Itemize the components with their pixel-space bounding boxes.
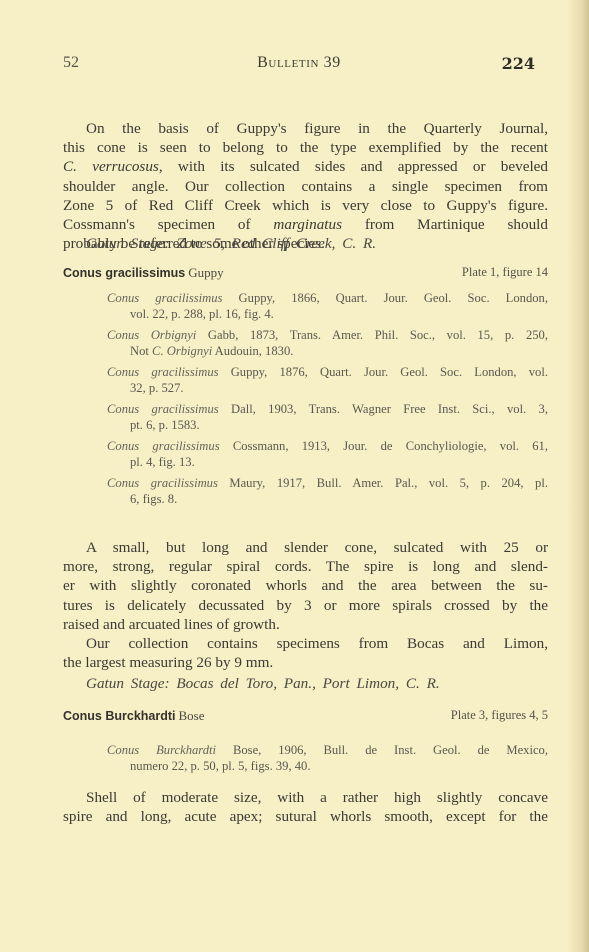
taxon-name: C. verrucosus bbox=[63, 158, 159, 175]
text-line: er with slightly coronated whorls and th… bbox=[63, 576, 548, 595]
locality-line: Gatun Stage: Zone 5, Red Cliff Creek, C.… bbox=[86, 235, 376, 253]
text-line: raised and arcuated lines of growth. bbox=[63, 615, 548, 634]
text-line: spire and long, acute apex; sutural whor… bbox=[63, 807, 548, 826]
synonymy-entry: Conus gracilissimus Cossmann, 1913, Jour… bbox=[107, 439, 548, 470]
running-header: 52 Bulletin 39 224 bbox=[63, 54, 535, 76]
plate-reference: Plate 3, figures 4, 5 bbox=[451, 708, 548, 723]
text-line: Shell of moderate size, with a rather hi… bbox=[63, 788, 548, 807]
locality-line: Gatun Stage: Bocas del Toro, Pan., Port … bbox=[86, 675, 440, 693]
species-author: Bose bbox=[179, 708, 205, 723]
species-name: Conus gracilissimus bbox=[63, 266, 185, 280]
synonymy-entry: Conus gracilissimus Dall, 1903, Trans. W… bbox=[107, 402, 548, 433]
paragraph-description: A small, but long and slender cone, sulc… bbox=[63, 538, 548, 634]
synonymy-entry: Conus gracilissimus Guppy, 1876, Quart. … bbox=[107, 365, 548, 396]
species-heading: Conus BurckhardtiBose Plate 3, figures 4… bbox=[63, 708, 548, 726]
text-line: A small, but long and slender cone, sulc… bbox=[63, 538, 548, 557]
page-number-right: 224 bbox=[502, 54, 535, 73]
synonymy-entry: Conus Burckhardti Bose, 1906, Bull. de I… bbox=[107, 743, 548, 774]
synonymy-entry: Conus Orbignyi Gabb, 1873, Trans. Amer. … bbox=[107, 328, 548, 359]
synonymy-entry: Conus gracilissimus Maury, 1917, Bull. A… bbox=[107, 476, 548, 507]
text-line: Cossmann's specimen of marginatus from M… bbox=[63, 215, 548, 234]
running-title: Bulletin 39 bbox=[63, 54, 535, 72]
text-line: shoulder angle. Our collection contains … bbox=[63, 177, 548, 196]
plate-reference: Plate 1, figure 14 bbox=[462, 265, 548, 280]
synonymy-list: Conus Burckhardti Bose, 1906, Bull. de I… bbox=[107, 743, 548, 774]
species-name: Conus Burckhardti bbox=[63, 709, 176, 723]
paragraph-collection: Our collection contains specimens from B… bbox=[63, 634, 548, 672]
species-author: Guppy bbox=[188, 265, 223, 280]
text-line: the largest measuring 26 by 9 mm. bbox=[63, 653, 548, 672]
page-edge-shadow bbox=[567, 0, 589, 952]
taxon-name: marginatus bbox=[273, 216, 342, 233]
synonymy-entry: Conus gracilissimus Guppy, 1866, Quart. … bbox=[107, 291, 548, 322]
text-line: On the basis of Guppy's figure in the Qu… bbox=[63, 119, 548, 138]
paragraph-discussion: On the basis of Guppy's figure in the Qu… bbox=[63, 119, 548, 253]
paragraph-description: Shell of moderate size, with a rather hi… bbox=[63, 788, 548, 826]
species-heading: Conus gracilissimusGuppy Plate 1, figure… bbox=[63, 265, 548, 283]
synonymy-list: Conus gracilissimus Guppy, 1866, Quart. … bbox=[107, 291, 548, 507]
text-line: Our collection contains specimens from B… bbox=[63, 634, 548, 653]
text-line: Zone 5 of Red Cliff Creek which is very … bbox=[63, 196, 548, 215]
text-line: tures is delicately decussated by 3 or m… bbox=[63, 596, 548, 615]
text-line: more, strong, regular spiral cords. The … bbox=[63, 557, 548, 576]
text-line: C. verrucosus, with its sulcated sides a… bbox=[63, 157, 548, 176]
text-line: this cone is seen to belong to the type … bbox=[63, 138, 548, 157]
